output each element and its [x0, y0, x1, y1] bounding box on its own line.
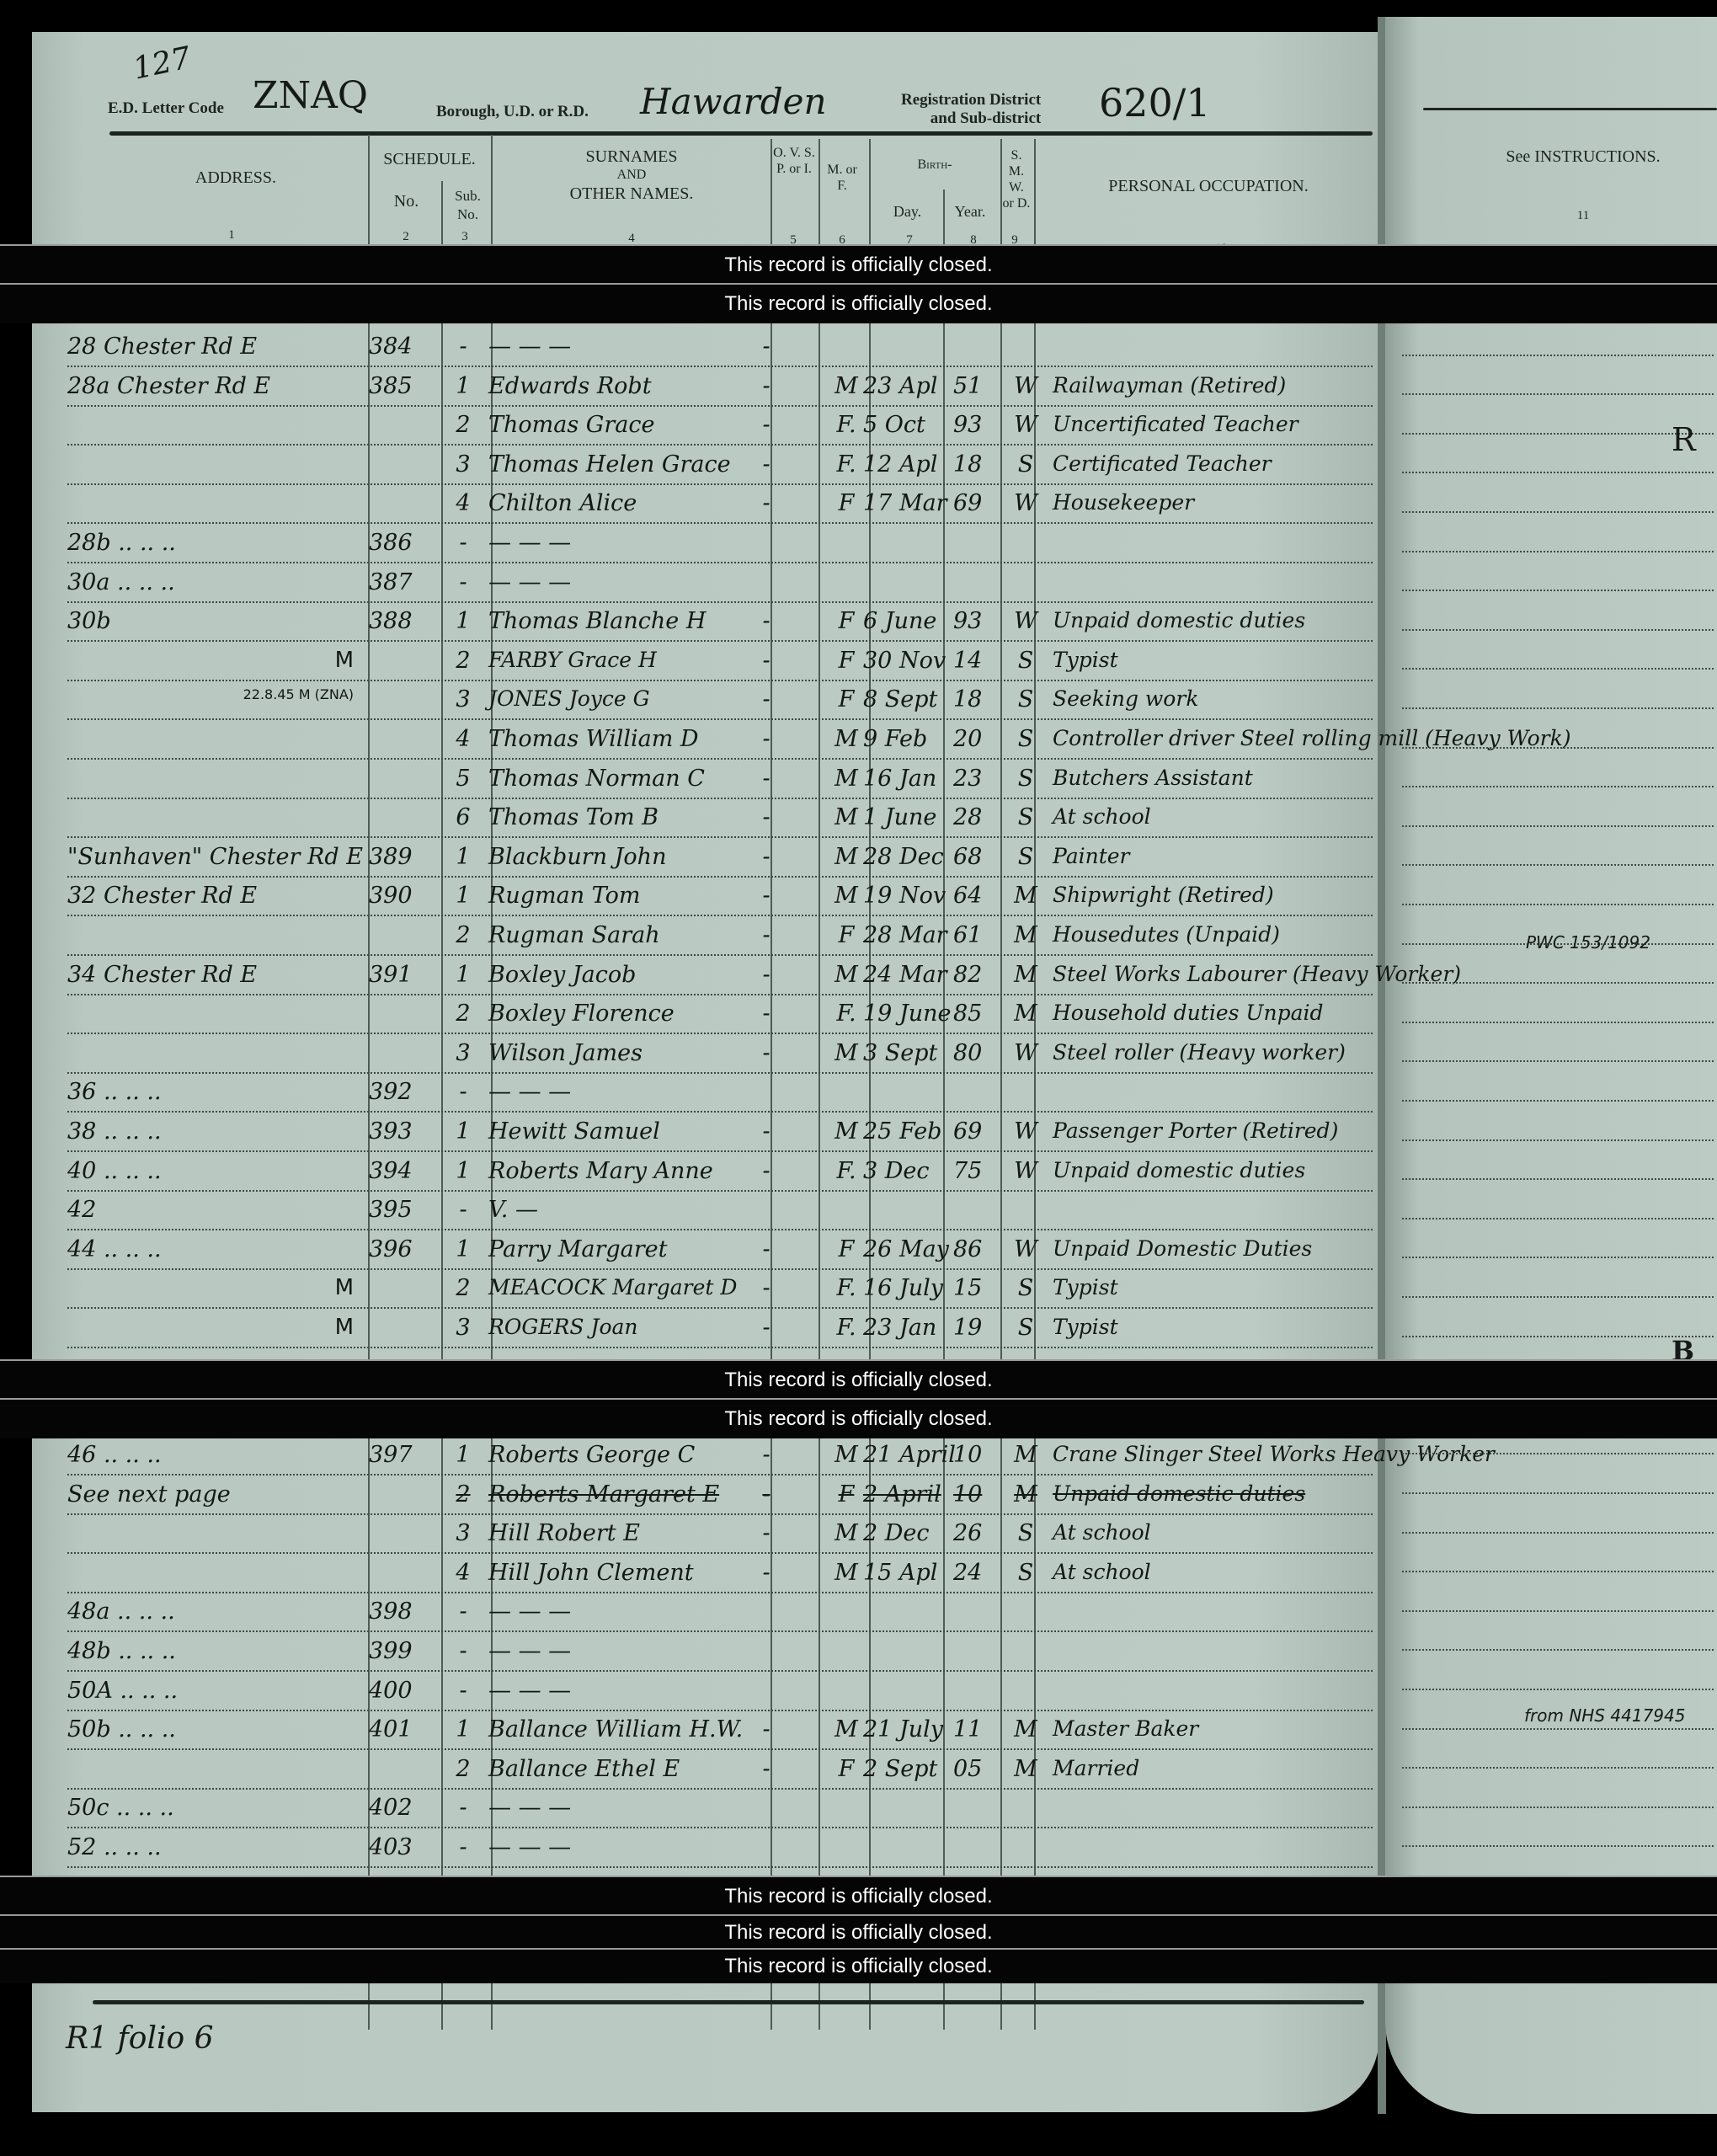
cell-occ: Railwayman (Retired) — [1053, 373, 1440, 398]
cell-address: M — [67, 1315, 354, 1340]
cell-smwd: W — [1009, 608, 1042, 634]
cell-sub: 1 — [451, 844, 476, 870]
cell-ovs: - — [754, 1158, 779, 1184]
cell-occ: Crane Slinger Steel Works Heavy Worker — [1053, 1442, 1440, 1466]
cell-no: 395 — [369, 1197, 428, 1223]
table-row: 52 .. .. ..403-— — — — [67, 1829, 1373, 1868]
ruled-line — [1402, 631, 1714, 670]
cell-year: 20 — [953, 726, 995, 752]
cell-sub: - — [451, 334, 476, 360]
cell-address: 50A .. .. .. — [67, 1678, 354, 1704]
right-note-pwc: PWC 153/1092 — [1526, 932, 1650, 953]
cell-year: 11 — [953, 1716, 995, 1742]
cell-address: 22.8.45 M (ZNA) — [67, 686, 354, 702]
cell-smwd: M — [1009, 922, 1042, 948]
cell-day: 3 Dec — [863, 1158, 964, 1184]
cell-ovs: - — [754, 962, 779, 988]
cell-occ: Household duties Unpaid — [1053, 1001, 1440, 1025]
cell-day: 28 Dec — [863, 844, 964, 870]
cell-sub: 3 — [451, 1040, 476, 1066]
cell-ovs: - — [754, 648, 779, 674]
cell-ovs: - — [754, 1040, 779, 1066]
cell-mf: M — [825, 1040, 867, 1066]
ruled-line — [1402, 1181, 1714, 1219]
cell-sub: 2 — [451, 1275, 476, 1301]
ruled-line — [1402, 1141, 1714, 1180]
cell-year: 19 — [953, 1315, 995, 1341]
table-row: 28 Chester Rd E384-— — —- — [67, 328, 1373, 367]
cell-mf: M — [825, 883, 867, 909]
cell-ovs: - — [754, 1236, 779, 1262]
col-smwd: S. M. W. or D. — [1002, 147, 1031, 211]
cell-no: 388 — [369, 608, 428, 634]
cell-year: 69 — [953, 1118, 995, 1145]
cell-smwd: M — [1009, 883, 1042, 909]
cell-name: — — — — [488, 1678, 825, 1704]
table-row: 3Wilson James-M3 Sept80WSteel roller (He… — [67, 1035, 1373, 1074]
cell-ovs: - — [754, 451, 779, 478]
table-row: 50b .. .. ..4011Ballance William H.W.-M2… — [67, 1711, 1373, 1750]
cell-mf: F. — [825, 1275, 867, 1301]
cell-mf: F — [825, 648, 867, 674]
ruled-line — [1402, 749, 1714, 787]
cell-occ: At school — [1053, 1560, 1440, 1584]
table-row: 32 Chester Rd E3901Rugman Tom-M19 Nov64M… — [67, 878, 1373, 916]
cell-mf: M — [825, 1442, 867, 1468]
cell-year: 93 — [953, 608, 995, 634]
cell-address: 42 — [67, 1197, 354, 1223]
cell-address: M — [67, 1275, 354, 1300]
cell-sub: 2 — [451, 412, 476, 438]
cell-year: 28 — [953, 804, 995, 830]
cell-sub: 1 — [451, 1118, 476, 1145]
cell-address: 38 .. .. .. — [67, 1118, 354, 1145]
cell-smwd: S — [1009, 1315, 1042, 1341]
cell-ovs: - — [754, 1756, 779, 1782]
cell-year: 18 — [953, 686, 995, 712]
cell-name: — — — — [488, 1598, 825, 1625]
cell-no: 401 — [369, 1716, 428, 1742]
cell-name: — — — — [488, 1795, 825, 1821]
cell-ovs: - — [754, 373, 779, 399]
ruled-line — [1402, 1455, 1714, 1494]
cell-smwd: M — [1009, 1442, 1042, 1468]
cell-address: 30a .. .. .. — [67, 569, 354, 595]
table-row: 50A .. .. ..400-— — — — [67, 1673, 1373, 1711]
col-instructions: See INSTRUCTIONS. — [1465, 147, 1701, 166]
cell-address: 48a .. .. .. — [67, 1598, 354, 1625]
cell-smwd: S — [1009, 1560, 1042, 1586]
cell-day: 3 Sept — [863, 1040, 964, 1066]
cell-address: 30b — [67, 608, 354, 634]
cell-no: 385 — [369, 373, 428, 399]
ruled-line — [1402, 1612, 1714, 1651]
cell-sub: 2 — [451, 1481, 476, 1508]
cell-day: 19 Nov — [863, 883, 964, 909]
cell-mf: F — [825, 608, 867, 634]
cell-smwd: M — [1009, 962, 1042, 988]
cell-mf: M — [825, 1520, 867, 1546]
col-birth-year: Year. — [945, 202, 995, 221]
cell-day: 23 Jan — [863, 1315, 964, 1341]
closed-record-banner: This record is officially closed. — [0, 283, 1717, 323]
ruled-line — [1402, 788, 1714, 827]
cell-no: 391 — [369, 962, 428, 988]
cell-occ: At school — [1053, 1520, 1440, 1545]
ruled-line — [1402, 1808, 1714, 1847]
cell-sub: 1 — [451, 1442, 476, 1468]
cell-day: 1 June — [863, 804, 964, 830]
cell-day: 28 Mar — [863, 922, 964, 948]
cell-sub: - — [451, 1079, 476, 1105]
cell-sub: 1 — [451, 962, 476, 988]
cell-ovs: - — [754, 1716, 779, 1742]
cell-sub: 1 — [451, 1716, 476, 1742]
ruled-line — [1402, 827, 1714, 866]
cell-ovs: - — [754, 608, 779, 634]
cell-ovs: - — [754, 766, 779, 792]
footer-folio-note: R1 folio 6 — [66, 2021, 214, 2056]
col-schedule-no: No. — [371, 192, 442, 211]
cell-sub: 3 — [451, 1315, 476, 1341]
cell-address: 28 Chester Rd E — [67, 334, 354, 360]
table-row: 3Hill Robert E-M2 Dec26SAt school — [67, 1515, 1373, 1554]
closed-record-banner: This record is officially closed. — [0, 1948, 1717, 1983]
table-row: 2Thomas Grace-F.5 Oct93WUncertificated T… — [67, 407, 1373, 446]
cell-sub: 1 — [451, 608, 476, 634]
cell-no: 397 — [369, 1442, 428, 1468]
table-row: 2Rugman Sarah-F28 Mar61MHousedutes (Unpa… — [67, 917, 1373, 956]
cell-day: 2 April — [863, 1481, 964, 1508]
cell-day: 6 June — [863, 608, 964, 634]
cell-address: 50c .. .. .. — [67, 1795, 354, 1821]
cell-address: 44 .. .. .. — [67, 1236, 354, 1262]
cell-mf: M — [825, 1118, 867, 1145]
cell-occ: Painter — [1053, 844, 1440, 868]
cell-sub: - — [451, 530, 476, 556]
cell-occ: Housedutes (Unpaid) — [1053, 922, 1440, 947]
ruled-line — [1402, 1102, 1714, 1141]
table-row: 38 .. .. ..3931Hewitt Samuel-M25 Feb69WP… — [67, 1113, 1373, 1152]
cell-mf: M — [825, 804, 867, 830]
cell-ovs: - — [754, 412, 779, 438]
cell-sub: - — [451, 1678, 476, 1704]
col-surnames-l2: AND — [497, 166, 766, 184]
ruled-line — [1402, 1495, 1714, 1534]
ruled-line — [1402, 396, 1714, 435]
cell-day: 12 Apl — [863, 451, 964, 478]
cell-year: 69 — [953, 490, 995, 516]
cell-mf: M — [825, 766, 867, 792]
cell-smwd: M — [1009, 1756, 1042, 1782]
cell-occ: Master Baker — [1053, 1716, 1440, 1741]
cell-occ: Shipwright (Retired) — [1053, 883, 1440, 907]
cell-year: 68 — [953, 844, 995, 870]
ruled-line — [1402, 552, 1714, 591]
cell-day: 21 April — [863, 1442, 964, 1468]
cell-smwd: W — [1009, 412, 1042, 438]
closed-record-banner: This record is officially closed. — [0, 1876, 1717, 1916]
col-mf: M. or F. — [821, 162, 863, 194]
cell-mf: F. — [825, 412, 867, 438]
cell-year: 26 — [953, 1520, 995, 1546]
cell-sub: 4 — [451, 1560, 476, 1586]
col-address: ADDRESS. — [109, 168, 362, 187]
cell-sub: - — [451, 1795, 476, 1821]
cell-mf: F. — [825, 451, 867, 478]
table-row: 34 Chester Rd E3911Boxley Jacob-M24 Mar8… — [67, 957, 1373, 995]
footer-rule — [93, 2000, 1364, 2004]
cell-smwd: M — [1009, 1481, 1042, 1508]
col-occupation: PERSONAL OCCUPATION. — [1053, 177, 1364, 195]
cell-sub: 3 — [451, 1520, 476, 1546]
cell-sub: 3 — [451, 686, 476, 712]
ruled-line — [1402, 356, 1714, 395]
cell-sub: - — [451, 1197, 476, 1223]
cell-day: 2 Sept — [863, 1756, 964, 1782]
col-num-11: 11 — [1566, 206, 1600, 225]
ruled-line — [1402, 1299, 1714, 1337]
table-row: 2Ballance Ethel E-F2 Sept05MMarried — [67, 1751, 1373, 1790]
cell-day: 25 Feb — [863, 1118, 964, 1145]
cell-mf: F — [825, 490, 867, 516]
table-row: 4Hill John Clement-M15 Apl24SAt school — [67, 1555, 1373, 1593]
ruled-line — [1402, 985, 1714, 1023]
ruled-line — [1402, 1730, 1714, 1769]
cell-occ: Steel roller (Heavy worker) — [1053, 1040, 1440, 1065]
cell-sub: 5 — [451, 766, 476, 792]
cell-smwd: M — [1009, 1001, 1042, 1027]
table-row: 30a .. .. ..387-— — — — [67, 564, 1373, 603]
ruled-line — [1402, 1573, 1714, 1612]
cell-address: 36 .. .. .. — [67, 1079, 354, 1105]
col-surnames-l1: SURNAMES — [497, 147, 766, 166]
cell-year: 15 — [953, 1275, 995, 1301]
cell-occ: Controller driver Steel rolling mill (He… — [1053, 726, 1440, 750]
cell-sub: 2 — [451, 922, 476, 948]
cell-ovs: - — [754, 1001, 779, 1027]
ruled-line — [1402, 474, 1714, 513]
ruled-line — [1402, 1219, 1714, 1258]
cell-occ: Steel Works Labourer (Heavy Worker) — [1053, 962, 1440, 986]
cell-no: 386 — [369, 530, 428, 556]
cell-no: 399 — [369, 1638, 428, 1664]
cell-mf: M — [825, 962, 867, 988]
cell-sub: 1 — [451, 883, 476, 909]
right-note-nhs: from NHS 4417945 — [1524, 1705, 1685, 1726]
ruled-line — [1402, 1023, 1714, 1062]
cell-day: 5 Oct — [863, 412, 964, 438]
cell-smwd: S — [1009, 766, 1042, 792]
cell-ovs: - — [754, 844, 779, 870]
cell-ovs: - — [754, 1481, 779, 1508]
cell-smwd: W — [1009, 1118, 1042, 1145]
cell-year: 93 — [953, 412, 995, 438]
ruled-line — [1402, 435, 1714, 473]
cell-ovs: - — [754, 334, 779, 360]
cell-sub: 2 — [451, 1001, 476, 1027]
reg-district-label-line2: and Sub-district — [901, 109, 1041, 128]
right-note-r: R — [1672, 421, 1696, 458]
cell-no: 389 — [369, 844, 428, 870]
cell-day: 2 Dec — [863, 1520, 964, 1546]
cell-year: 10 — [953, 1481, 995, 1508]
cell-mf: F — [825, 1756, 867, 1782]
cell-day: 19 June — [863, 1001, 964, 1027]
cell-no: 393 — [369, 1118, 428, 1145]
cell-day: 23 Apl — [863, 373, 964, 399]
cell-ovs: - — [754, 804, 779, 830]
table-row: 48b .. .. ..399-— — — — [67, 1633, 1373, 1672]
cell-sub: 4 — [451, 726, 476, 752]
cell-address: 28b .. .. .. — [67, 530, 354, 556]
cell-occ: Married — [1053, 1756, 1440, 1780]
cell-no: 384 — [369, 334, 428, 360]
cell-occ: Housekeeper — [1053, 490, 1440, 515]
cell-year: 61 — [953, 922, 995, 948]
cell-ovs: - — [754, 726, 779, 752]
cell-sub: 1 — [451, 1236, 476, 1262]
cell-smwd: S — [1009, 726, 1042, 752]
col-ovspi: O. V. S. P. or I. — [773, 145, 815, 177]
cell-occ: Passenger Porter (Retired) — [1053, 1118, 1440, 1143]
cell-year: 24 — [953, 1560, 995, 1586]
cell-ovs: - — [754, 1442, 779, 1468]
col-birth: Birth- — [872, 156, 998, 174]
cell-address: 52 .. .. .. — [67, 1834, 354, 1860]
cell-occ: Unpaid domestic duties — [1053, 608, 1440, 632]
cell-occ: Typist — [1053, 648, 1440, 672]
cell-smwd: M — [1009, 1716, 1042, 1742]
cell-no: 403 — [369, 1834, 428, 1860]
cell-address: See next page — [67, 1481, 354, 1508]
cell-day: 9 Feb — [863, 726, 964, 752]
col-birth-day: Day. — [872, 202, 943, 221]
table-row: 3Thomas Helen Grace-F.12 Apl18SCertifica… — [67, 446, 1373, 485]
reg-district-label-line1: Registration District — [901, 91, 1041, 109]
cell-mf: F — [825, 686, 867, 712]
cell-occ: Butchers Assistant — [1053, 766, 1440, 790]
table-row: 50c .. .. ..402-— — — — [67, 1790, 1373, 1828]
ed-letter-code-value: ZNAQ — [253, 74, 368, 117]
ruled-line — [1402, 514, 1714, 552]
cell-ovs: - — [754, 686, 779, 712]
table-row: 44 .. .. ..3961Parry Margaret-F26 May86W… — [67, 1231, 1373, 1270]
ruled-line — [1402, 710, 1714, 749]
cell-ovs: - — [754, 1560, 779, 1586]
cell-no: 402 — [369, 1795, 428, 1821]
cell-sub: 2 — [451, 648, 476, 674]
cell-occ: Unpaid Domestic Duties — [1053, 1236, 1440, 1261]
cell-year: 51 — [953, 373, 995, 399]
cell-name: — — — — [488, 1638, 825, 1664]
cell-mf: M — [825, 1560, 867, 1586]
table-row: M2FARBY Grace H-F30 Nov14STypist — [67, 643, 1373, 681]
cell-ovs: - — [754, 1315, 779, 1341]
cell-address: 48b .. .. .. — [67, 1638, 354, 1664]
cell-day: 24 Mar — [863, 962, 964, 988]
cell-smwd: W — [1009, 490, 1042, 516]
cell-day: 8 Sept — [863, 686, 964, 712]
cell-smwd: S — [1009, 648, 1042, 674]
ruled-line — [1402, 592, 1714, 631]
closed-record-banner: This record is officially closed. — [0, 1359, 1717, 1400]
cell-address: 40 .. .. .. — [67, 1158, 354, 1184]
table-row: M2MEACOCK Margaret D-F.16 July15STypist — [67, 1270, 1373, 1309]
cell-name: — — — — [488, 1079, 825, 1105]
cell-mf: M — [825, 373, 867, 399]
cell-sub: 1 — [451, 1158, 476, 1184]
cell-no: 392 — [369, 1079, 428, 1105]
cell-address: 34 Chester Rd E — [67, 962, 354, 988]
cell-address: M — [67, 648, 354, 673]
cell-occ: Typist — [1053, 1275, 1440, 1299]
cell-smwd: W — [1009, 373, 1042, 399]
table-row: 2Boxley Florence-F.19 June85MHousehold d… — [67, 995, 1373, 1034]
table-row: M3ROGERS Joan-F.23 Jan19STypist — [67, 1310, 1373, 1348]
cell-day: 16 July — [863, 1275, 964, 1301]
table-row: 30b3881Thomas Blanche H-F6 June93WUnpaid… — [67, 603, 1373, 642]
cell-mf: F. — [825, 1158, 867, 1184]
cell-mf: F. — [825, 1001, 867, 1027]
col-num-3: 3 — [448, 227, 482, 246]
cell-sub: 4 — [451, 490, 476, 516]
cell-ovs: - — [754, 490, 779, 516]
cell-day: 21 July — [863, 1716, 964, 1742]
col-schedule: SCHEDULE. — [371, 150, 488, 168]
cell-name: — — — — [488, 569, 825, 595]
cell-sub: - — [451, 1598, 476, 1625]
ed-letter-code-label: E.D. Letter Code — [108, 99, 224, 118]
cell-year: 14 — [953, 648, 995, 674]
cell-name: — — — — [488, 1834, 825, 1860]
cell-occ: Seeking work — [1053, 686, 1440, 711]
cell-smwd: S — [1009, 1520, 1042, 1546]
cell-day: 16 Jan — [863, 766, 964, 792]
cell-mf: M — [825, 1716, 867, 1742]
table-row: 42395-V. — — [67, 1192, 1373, 1230]
table-row: 28a Chester Rd E3851Edwards Robt-M23 Apl… — [67, 368, 1373, 407]
cell-mf: F — [825, 1236, 867, 1262]
cell-name: V. — — [488, 1197, 825, 1223]
closed-record-banner: This record is officially closed. — [0, 1914, 1717, 1950]
cell-sub: - — [451, 569, 476, 595]
cell-year: 85 — [953, 1001, 995, 1027]
cell-year: 80 — [953, 1040, 995, 1066]
cell-year: 86 — [953, 1236, 995, 1262]
cell-smwd: W — [1009, 1236, 1042, 1262]
cell-occ: Unpaid domestic duties — [1053, 1158, 1440, 1182]
table-row: 4Chilton Alice-F17 Mar69WHousekeeper — [67, 485, 1373, 524]
cell-year: 75 — [953, 1158, 995, 1184]
cell-sub: 2 — [451, 1756, 476, 1782]
cell-mf: F. — [825, 1315, 867, 1341]
cell-mf: M — [825, 726, 867, 752]
cell-sub: 3 — [451, 451, 476, 478]
cell-day: 30 Nov — [863, 648, 964, 674]
col-surnames: SURNAMES AND OTHER NAMES. — [497, 147, 766, 203]
cell-mf: F — [825, 1481, 867, 1508]
cell-mf: M — [825, 844, 867, 870]
col-num-2: 2 — [389, 227, 423, 246]
closed-record-banner: This record is officially closed. — [0, 1398, 1717, 1438]
cell-no: 396 — [369, 1236, 428, 1262]
table-row: See next page2Roberts Margaret E-F2 Apri… — [67, 1476, 1373, 1515]
ruled-line — [1402, 1259, 1714, 1298]
cell-no: 400 — [369, 1678, 428, 1704]
cell-year: 82 — [953, 962, 995, 988]
table-row: 4Thomas William D-M9 Feb20SController dr… — [67, 721, 1373, 760]
